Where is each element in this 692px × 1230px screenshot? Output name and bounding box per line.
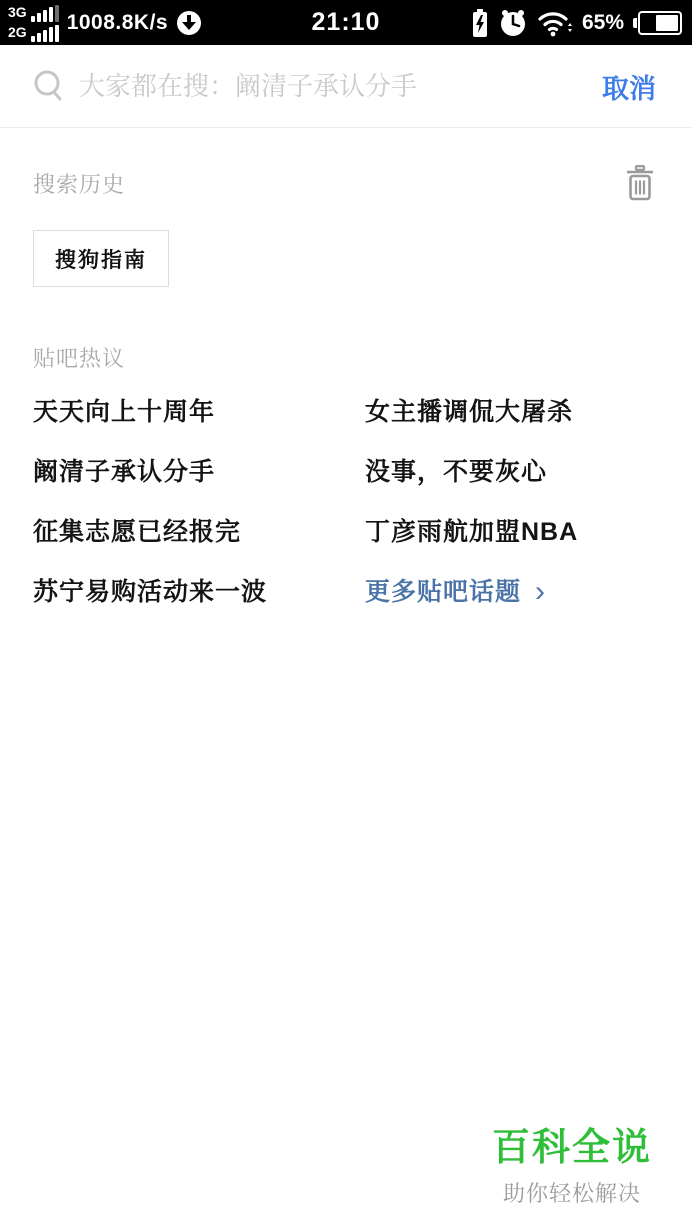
cancel-button[interactable]: 取消 (602, 67, 656, 106)
trash-icon (624, 165, 656, 201)
screen: 3G 2G 1008.8K/s (0, 0, 692, 1230)
hot-topic-item[interactable]: 天天向上十周年 (33, 382, 365, 442)
hot-topics-title: 贴吧热议 (33, 342, 125, 373)
search-bar: 取消 (0, 45, 692, 128)
hot-topic-item[interactable]: 阚清子承认分手 (33, 442, 365, 502)
hot-topic-item[interactable]: 没事，不要灰心 (365, 442, 672, 502)
dual-sim-signal-indicator: 3G 2G (8, 3, 59, 42)
search-icon (33, 69, 65, 103)
status-right: 65% (471, 8, 692, 38)
hot-topic-item[interactable]: 征集志愿已经报完 (33, 502, 365, 562)
more-topics-label: 更多贴吧话题 (365, 562, 521, 622)
wifi-icon (537, 9, 573, 37)
clear-history-button[interactable] (624, 165, 656, 201)
search-history-title: 搜索历史 (33, 168, 125, 199)
battery-icon (633, 11, 682, 35)
sim2-network-label: 2G (8, 23, 27, 42)
sim2-signal-bars-icon (31, 25, 59, 42)
hot-topics-grid: 天天向上十周年 女主播调侃大屠杀 阚清子承认分手 没事，不要灰心 征集志愿已经报… (33, 382, 672, 622)
alarm-icon (498, 8, 528, 38)
chevron-right-icon: › (535, 562, 546, 622)
history-chip[interactable]: 搜狗指南 (33, 230, 169, 287)
battery-percent: 65% (582, 11, 624, 35)
status-bar: 3G 2G 1008.8K/s (0, 0, 692, 45)
status-left: 3G 2G 1008.8K/s (0, 3, 202, 42)
sim1-signal-bars-icon (31, 5, 59, 22)
hot-topic-item[interactable]: 苏宁易购活动来一波 (33, 562, 365, 622)
hot-topic-item[interactable]: 丁彦雨航加盟NBA (365, 502, 672, 562)
watermark-subtitle: 助你轻松解决 (492, 1177, 652, 1208)
hot-topic-item[interactable]: 女主播调侃大屠杀 (365, 382, 672, 442)
search-history-header: 搜索历史 (33, 165, 656, 201)
search-input[interactable] (79, 71, 602, 102)
watermark-title: 百科全说 (492, 1116, 652, 1171)
battery-charging-icon (471, 8, 489, 38)
more-topics-link[interactable]: 更多贴吧话题 › (365, 562, 672, 622)
sim1-network-label: 3G (8, 3, 27, 22)
watermark: 百科全说 助你轻松解决 (492, 1116, 652, 1208)
download-icon (176, 10, 202, 36)
network-speed: 1008.8K/s (67, 11, 168, 35)
